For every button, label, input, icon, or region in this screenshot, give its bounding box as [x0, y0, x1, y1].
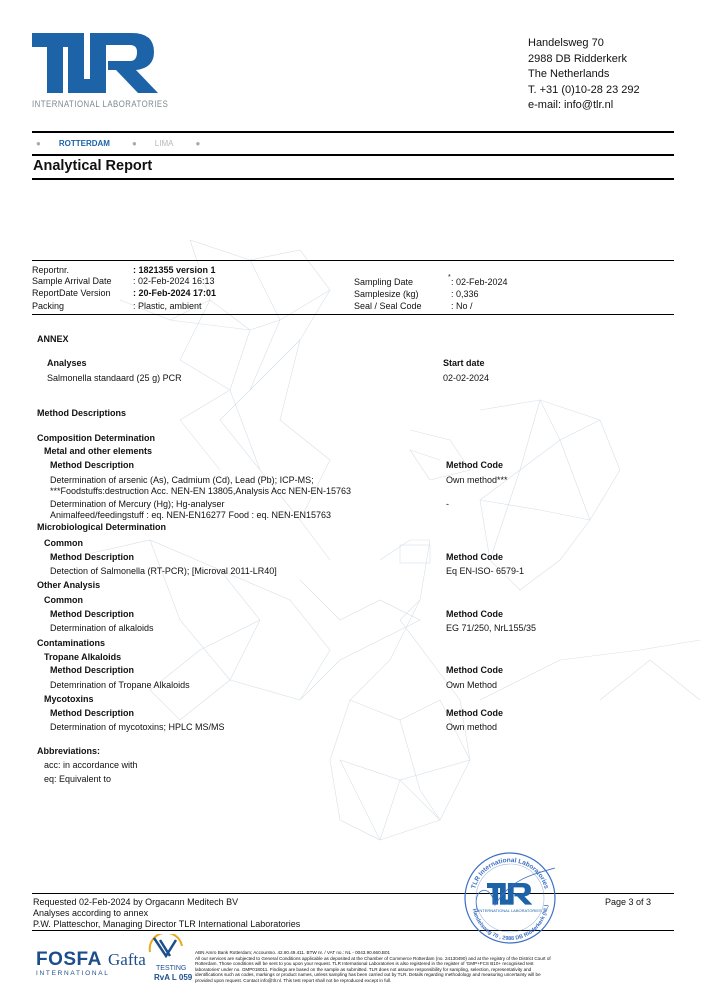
- category-microbiological: Microbiological Determination: [37, 522, 166, 532]
- method-desc-header: Method Description: [50, 665, 134, 675]
- address-email: e-mail: info@tlr.nl: [528, 98, 640, 114]
- method-code: EG 71/250, NrL155/35: [446, 623, 536, 633]
- method-code: Own method: [446, 722, 497, 732]
- category-composition: Composition Determination: [37, 433, 155, 443]
- page-number: Page 3 of 3: [605, 897, 651, 907]
- abbreviation-item: eq: Equivalent to: [44, 774, 111, 784]
- group-tropane: Tropane Alkaloids: [44, 652, 121, 662]
- footer-requested: Requested 02-Feb-2024 by Orgacann Medite…: [33, 897, 238, 907]
- method-code-header: Method Code: [446, 609, 503, 619]
- page-title: Analytical Report: [33, 158, 152, 174]
- method-desc-line: Determination of arsenic (As), Cadmium (…: [50, 475, 314, 485]
- group-metals: Metal and other elements: [44, 446, 152, 456]
- method-code-header: Method Code: [446, 708, 503, 718]
- address-country: The Netherlands: [528, 67, 640, 83]
- method-desc-line: Determination of alkaloids: [50, 623, 154, 633]
- category-other: Other Analysis: [37, 580, 100, 590]
- footer-signatory: P.W. Platteschor, Managing Director TLR …: [33, 919, 300, 929]
- method-desc-header: Method Description: [50, 552, 134, 562]
- method-desc-line: Detemrination of Tropane Alkaloids: [50, 680, 190, 690]
- analysis-start-date: 02-02-2024: [443, 373, 489, 383]
- method-code: Own method***: [446, 475, 508, 485]
- divider: [32, 131, 674, 133]
- category-contaminations: Contaminations: [37, 638, 105, 648]
- divider: [32, 930, 674, 931]
- method-code-header: Method Code: [446, 665, 503, 675]
- start-date-header: Start date: [443, 358, 485, 368]
- tlr-logo: INTERNATIONAL LABORATORIES: [32, 33, 172, 100]
- divider: [32, 314, 674, 315]
- method-desc-line: Determination of Mercury (Hg); Hg-analys…: [50, 499, 225, 509]
- method-code: -: [446, 499, 449, 509]
- method-desc-line: Animalfeed/feedingstuff : eq. NEN-EN1627…: [50, 510, 331, 520]
- address-street: Handelsweg 70: [528, 36, 640, 52]
- method-descriptions-heading: Method Descriptions: [37, 408, 126, 418]
- address-phone: T. +31 (0)10-28 23 292: [528, 83, 640, 99]
- tlr-logo-mark: [32, 33, 160, 95]
- divider: [32, 260, 674, 261]
- svg-text:INTERNATIONAL LABORATORIES: INTERNATIONAL LABORATORIES: [478, 908, 542, 913]
- footer-analyses: Analyses according to annex: [33, 908, 148, 918]
- logo-subtitle: INTERNATIONAL LABORATORIES: [32, 99, 168, 110]
- method-desc-line: Detection of Salmonella (RT-PCR); [Micro…: [50, 566, 277, 576]
- gafta-logo: Gafta: [108, 950, 146, 970]
- abbreviations-heading: Abbreviations:: [37, 746, 100, 756]
- legal-text: ABN Amro Bank Rotterdam; Accountno. 42.6…: [195, 950, 680, 984]
- method-desc-line: Determination of mycotoxins; HPLC MS/MS: [50, 722, 225, 732]
- method-desc-line: ***Foodstuffs:destruction Acc. NEN-EN 13…: [50, 486, 351, 496]
- rva-logo: TESTING RvA L 059: [146, 934, 194, 983]
- divider: [32, 893, 674, 894]
- lab-address: Handelsweg 70 2988 DB Ridderkerk The Net…: [528, 36, 640, 114]
- fosfa-logo: FOSFA INTERNATIONAL: [36, 950, 110, 977]
- abbreviation-item: acc: in accordance with: [44, 760, 138, 770]
- branch-rotterdam: ROTTERDAM: [59, 139, 110, 148]
- method-code: Eq EN-ISO- 6579-1: [446, 566, 524, 576]
- bullet-icon: ●: [36, 139, 41, 148]
- divider: [32, 178, 674, 180]
- branch-lima: LIMA: [155, 139, 174, 148]
- method-desc-header: Method Description: [50, 460, 134, 470]
- lab-stamp: TLR International Laboratories Handelswe…: [460, 850, 560, 946]
- method-code-header: Method Code: [446, 552, 503, 562]
- method-code: Own Method: [446, 680, 497, 690]
- divider: [32, 154, 674, 156]
- method-desc-header: Method Description: [50, 708, 134, 718]
- rva-mark-icon: [146, 934, 186, 960]
- group-common: Common: [44, 595, 83, 605]
- bullet-icon: ●: [132, 139, 137, 148]
- group-common: Common: [44, 538, 83, 548]
- method-code-header: Method Code: [446, 460, 503, 470]
- bullet-icon: ●: [195, 139, 200, 148]
- annex-heading: ANNEX: [37, 334, 69, 344]
- address-city: 2988 DB Ridderkerk: [528, 52, 640, 68]
- analysis-name: Salmonella standaard (25 g) PCR: [47, 373, 182, 383]
- branch-nav: ● ROTTERDAM ● LIMA ●: [32, 139, 218, 148]
- method-desc-header: Method Description: [50, 609, 134, 619]
- analyses-header: Analyses: [47, 358, 87, 368]
- group-mycotoxins: Mycotoxins: [44, 694, 94, 704]
